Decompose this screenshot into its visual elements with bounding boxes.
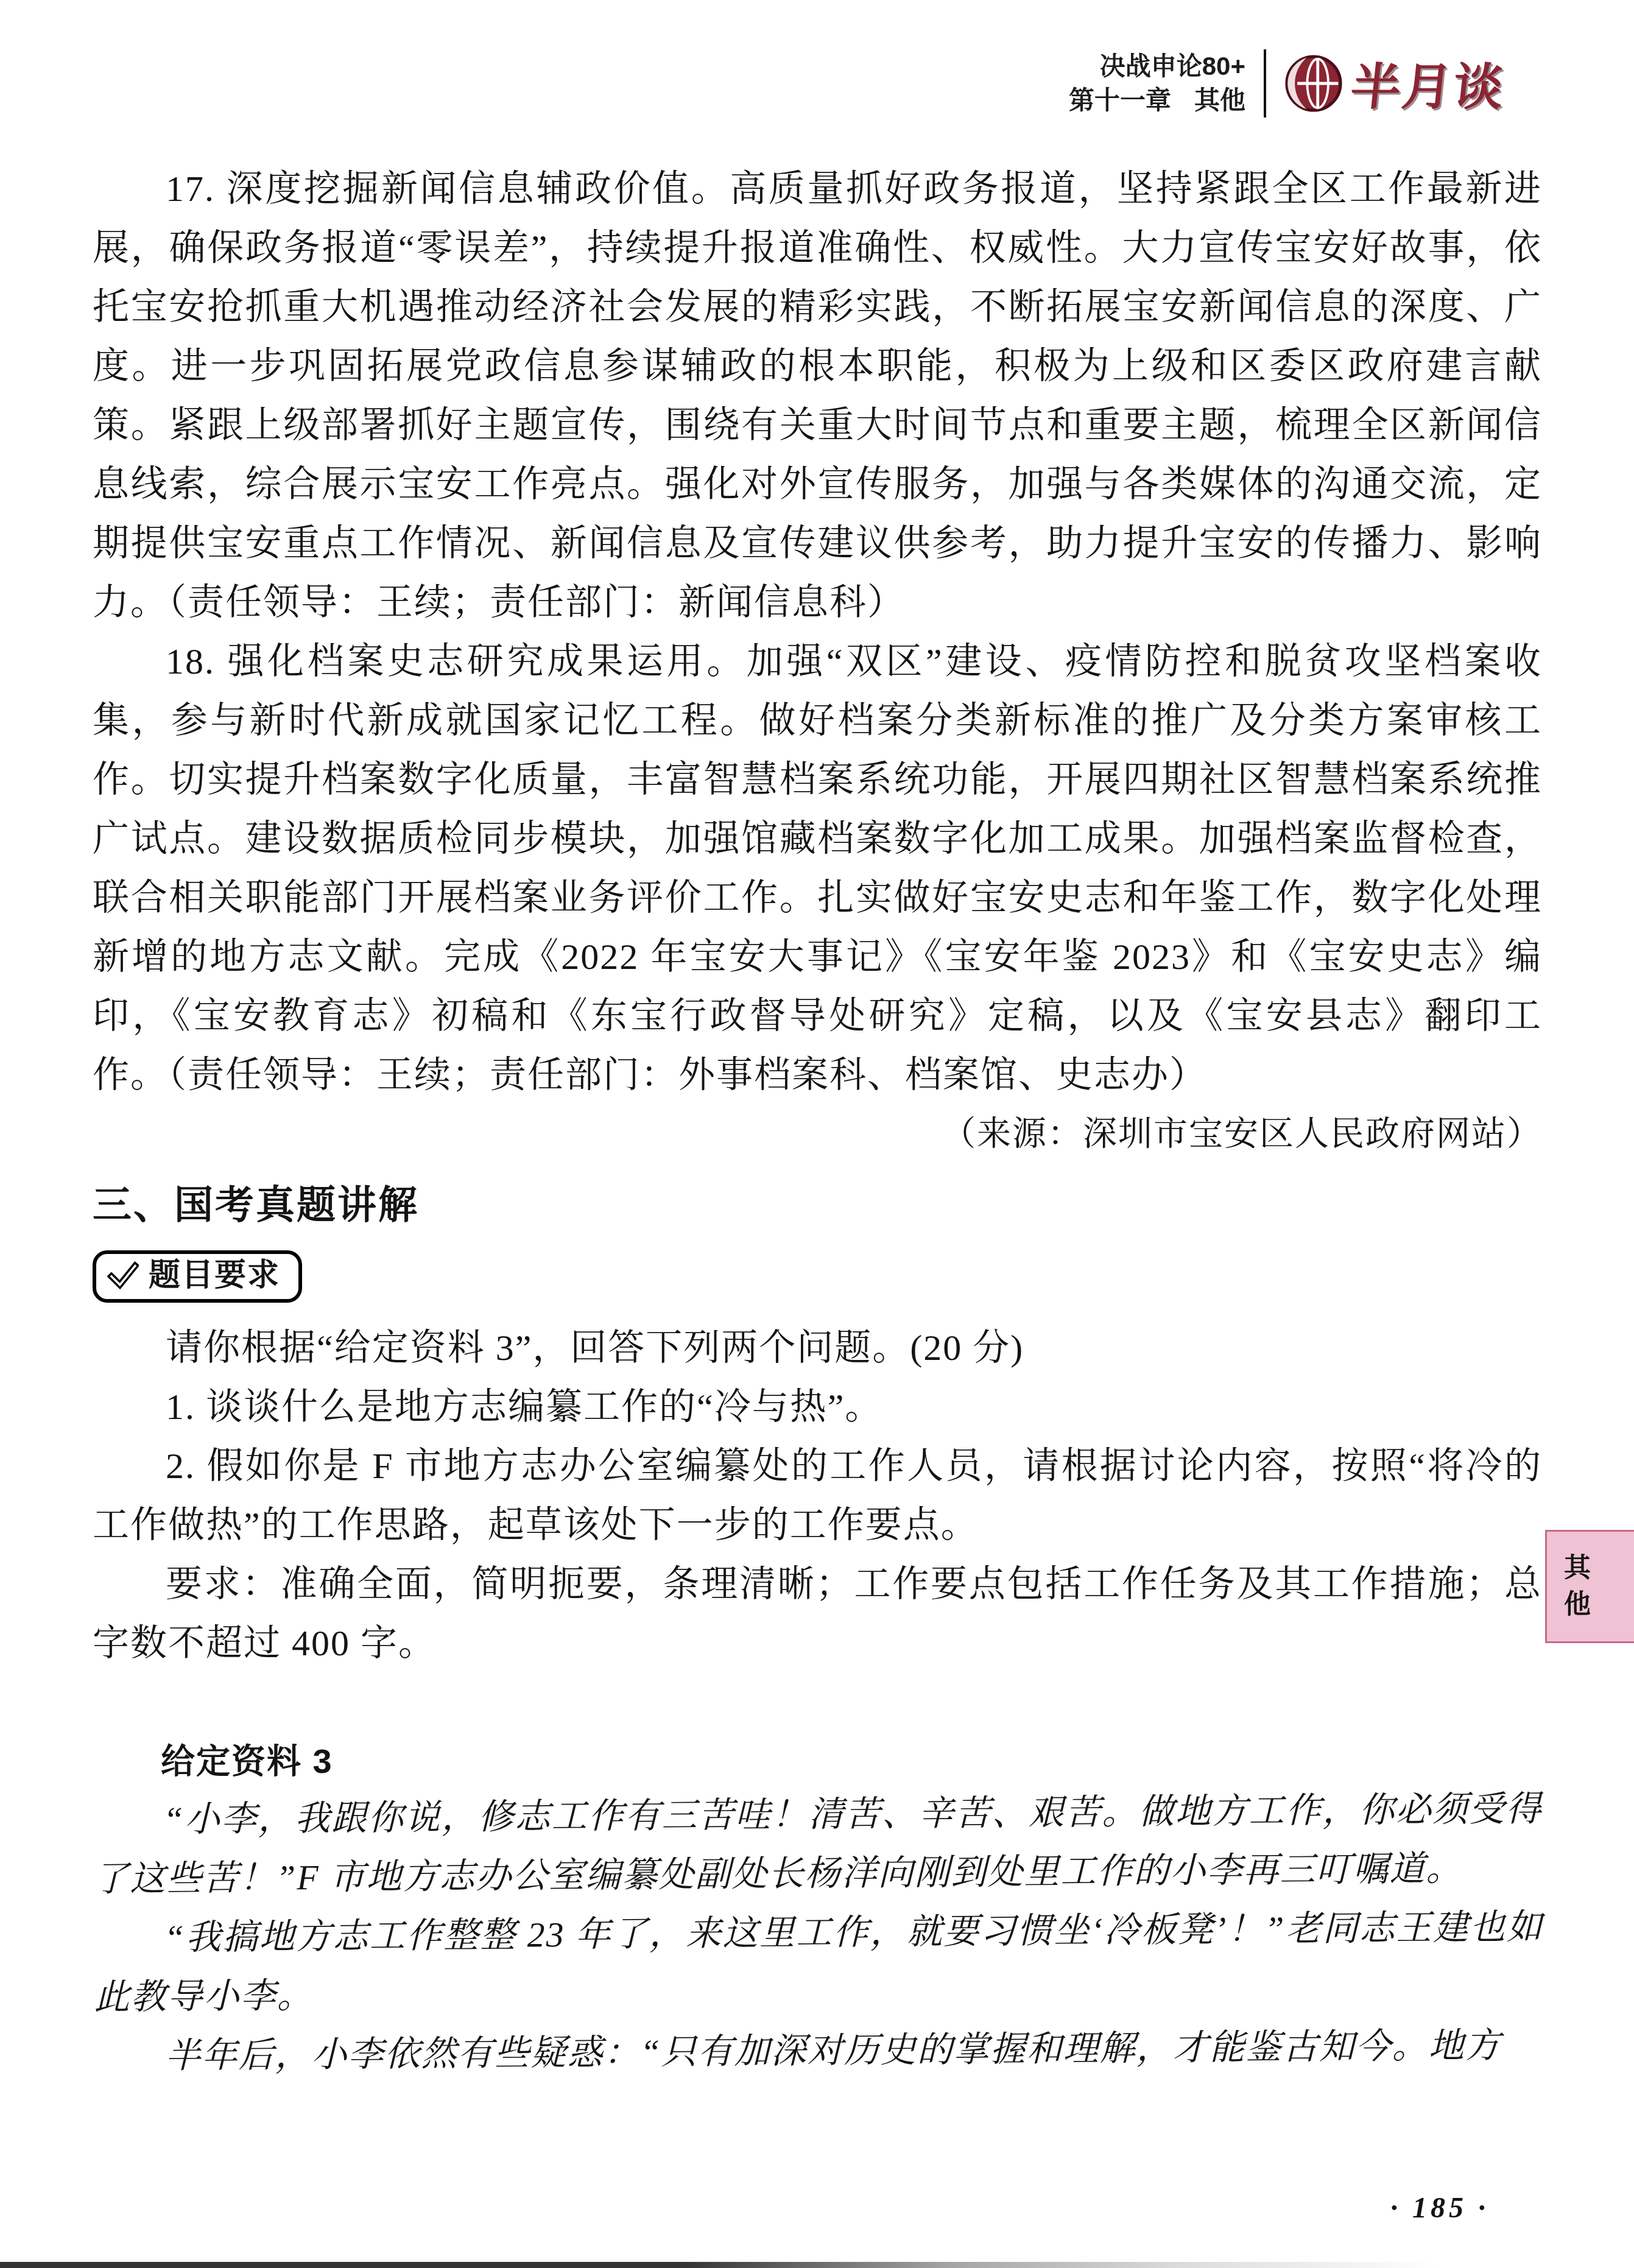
material-block: “小李，我跟你说，修志工作有三苦哇！清苦、辛苦、艰苦。做地方工作，你必须受得了这… — [93, 1779, 1544, 2086]
paragraph-17: 17. 深度挖掘新闻信息辅政价值。高质量抓好政务报道，坚持紧跟全区工作最新进展，… — [93, 160, 1542, 632]
material-paragraph: “小李，我跟你说，修志工作有三苦哇！清苦、辛苦、艰苦。做地方工作，你必须受得了这… — [93, 1779, 1543, 1909]
side-tab-char: 其 — [1564, 1554, 1591, 1582]
requirement-box: 题目要求 — [93, 1250, 302, 1303]
question-1: 1. 谈谈什么是地方志编纂工作的“冷与热”。 — [93, 1378, 1542, 1437]
chapter-line: 第十一章 其他 — [1069, 83, 1245, 118]
chapter-topic: 其他 — [1194, 83, 1245, 118]
side-tab-other: 其 他 — [1545, 1530, 1634, 1643]
globe-icon — [1284, 54, 1343, 113]
book-page: 决战申论80+ 第十一章 其他 半月谈 17. 深度挖掘新闻信息辅政价值。高质量… — [0, 0, 1634, 2268]
header-title-block: 决战申论80+ 第十一章 其他 — [1069, 49, 1245, 118]
brand-name: 半月谈 — [1348, 48, 1509, 119]
material-paragraph: 半年后，小李依然有些疑惑：“只有加深对历史的掌握和理解，才能鉴古知今。地方 — [94, 2015, 1544, 2086]
material-paragraph: “我搞地方志工作整整 23 年了，来这里工作，就要习惯坐‘冷板凳’！”老同志王建… — [94, 1897, 1544, 2027]
page-number: · 185 · — [1390, 2191, 1489, 2225]
side-tab-char: 他 — [1564, 1591, 1591, 1619]
section-heading: 三、国考真题讲解 — [93, 1181, 1542, 1230]
chapter-label: 第十一章 — [1069, 83, 1171, 118]
check-icon — [107, 1259, 139, 1291]
source-line: （来源：深圳市宝安区人民政府网站） — [93, 1105, 1542, 1164]
booklet-title: 决战申论80+ — [1069, 49, 1245, 83]
header-divider — [1264, 49, 1266, 118]
question-intro: 请你根据“给定资料 3”，回答下列两个问题。(20 分) — [93, 1319, 1542, 1378]
question-2: 2. 假如你是 F 市地方志办公室编纂处的工作人员，请根据讨论内容，按照“将冷的… — [93, 1437, 1542, 1555]
page-header: 决战申论80+ 第十一章 其他 半月谈 — [0, 48, 1634, 119]
brand-logo: 半月谈 — [1284, 48, 1505, 119]
scan-edge-artifact — [0, 2262, 1634, 2268]
requirement-label: 题目要求 — [149, 1258, 280, 1293]
paragraph-18: 18. 强化档案史志研究成果运用。加强“双区”建设、疫情防控和脱贫攻坚档案收集，… — [93, 632, 1542, 1105]
question-requirements: 要求：准确全面，简明扼要，条理清晰；工作要点包括工作任务及其工作措施；总字数不超… — [93, 1555, 1542, 1673]
question-block: 请你根据“给定资料 3”，回答下列两个问题。(20 分) 1. 谈谈什么是地方志… — [93, 1319, 1542, 1673]
main-content: 17. 深度挖掘新闻信息辅政价值。高质量抓好政务报道，坚持紧跟全区工作最新进展，… — [93, 160, 1542, 2086]
